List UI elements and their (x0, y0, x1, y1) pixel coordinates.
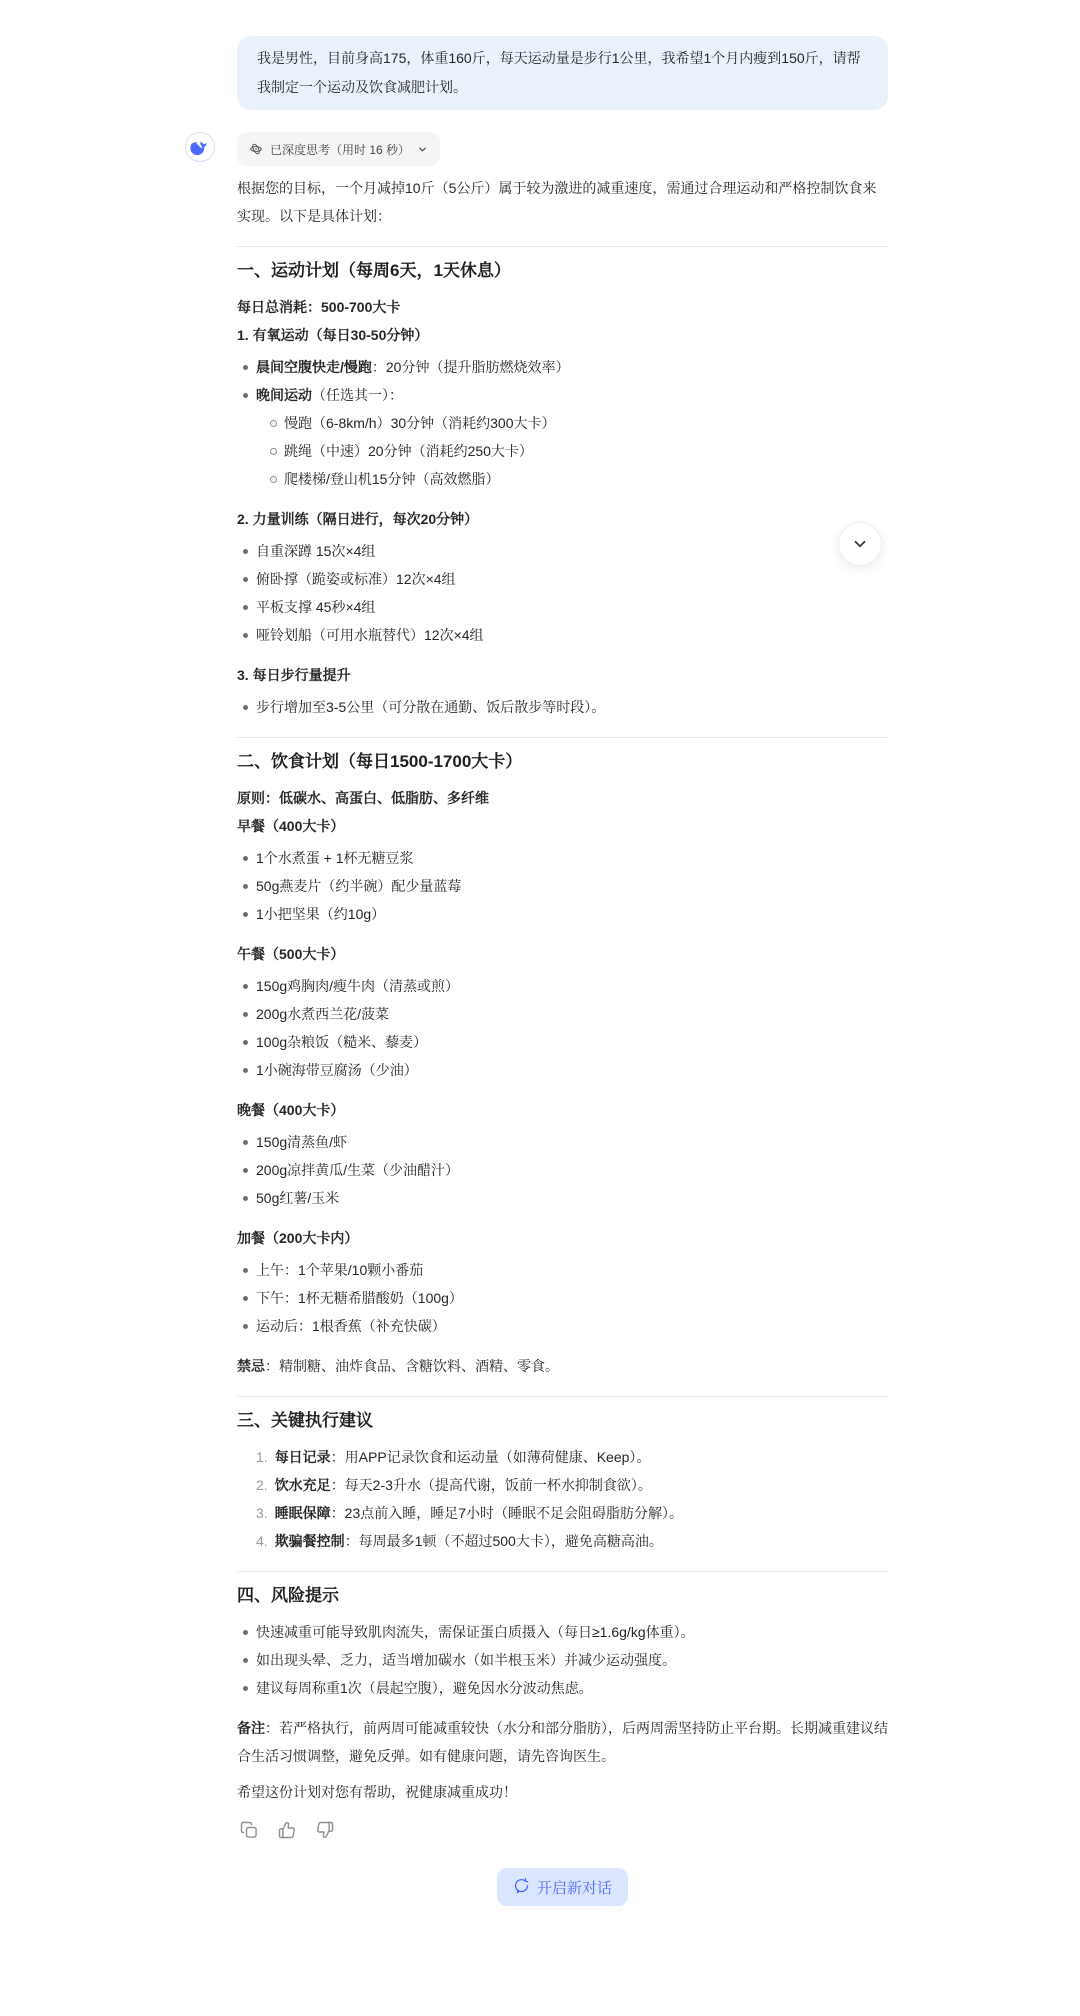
list-item: 100g杂粮饭（糙米、藜麦） (256, 1028, 888, 1056)
divider (237, 246, 888, 247)
breakfast-list: 1个水煮蛋 + 1杯无糖豆浆 50g燕麦片（约半碗）配少量蓝莓 1小把坚果（约1… (237, 844, 888, 928)
strength-title: 2. 力量训练（隔日进行，每次20分钟） (237, 505, 888, 533)
thumbs-down-button[interactable] (313, 1818, 337, 1842)
list-item: 上午：1个苹果/10颗小番茄 (256, 1256, 888, 1284)
section-title-advice: 三、关键执行建议 (237, 1409, 888, 1433)
list-item: 50g红薯/玉米 (256, 1184, 888, 1212)
daily-burn-line: 每日总消耗：500-700大卡 (237, 293, 888, 321)
aerobic-list: 晨间空腹快走/慢跑：20分钟（提升脂肪燃烧效率） 晚间运动（任选其一）： 慢跑（… (237, 353, 888, 493)
advice-list: 1.每日记录：用APP记录饮食和运动量（如薄荷健康、Keep）。 2.饮水充足：… (237, 1443, 888, 1555)
closing-paragraph: 希望这份计划对您有帮助，祝健康减重成功！ (237, 1778, 888, 1806)
scroll-to-bottom-button[interactable] (838, 522, 882, 566)
divider (237, 1396, 888, 1397)
thumbs-down-icon (315, 1820, 335, 1840)
new-chat-label: 开启新对话 (537, 1877, 612, 1898)
copy-button[interactable] (237, 1818, 261, 1842)
deepthink-icon (249, 142, 263, 156)
principle-line: 原则：低碳水、高蛋白、低脂肪、多纤维 (237, 784, 888, 812)
risk-list: 快速减重可能导致肌肉流失，需保证蛋白质摄入（每日≥1.6g/kg体重）。 如出现… (237, 1618, 888, 1702)
list-item: 3.睡眠保障：23点前入睡，睡足7小时（睡眠不足会阻碍脂肪分解）。 (256, 1499, 888, 1527)
evening-options-list: 慢跑（6-8km/h）30分钟（消耗约300大卡） 跳绳（中速）20分钟（消耗约… (256, 409, 888, 493)
new-chat-button[interactable]: 开启新对话 (497, 1868, 628, 1906)
new-chat-row: 开启新对话 (237, 1868, 888, 1906)
deepseek-whale-icon (190, 137, 210, 157)
walk-title: 3. 每日步行量提升 (237, 661, 888, 689)
list-item: 1小把坚果（约10g） (256, 900, 888, 928)
chevron-down-icon (851, 535, 869, 553)
list-item: 运动后：1根香蕉（补充快碳） (256, 1312, 888, 1340)
user-message-text: 我是男性，目前身高175，体重160斤，每天运动量是步行1公里，我希望1个月内瘦… (257, 50, 861, 95)
chevron-down-icon (417, 144, 428, 155)
copy-icon (239, 1820, 259, 1840)
list-item: 晨间空腹快走/慢跑：20分钟（提升脂肪燃烧效率） (256, 353, 888, 381)
dinner-title: 晚餐（400大卡） (237, 1096, 888, 1124)
list-item: 建议每周称重1次（晨起空腹），避免因水分波动焦虑。 (256, 1674, 888, 1702)
list-item: 平板支撑 45秒×4组 (256, 593, 888, 621)
section-title-exercise: 一、运动计划（每周6天，1天休息） (237, 259, 888, 283)
note-paragraph: 备注：若严格执行，前两周可能减重较快（水分和部分脂肪），后两周需坚持防止平台期。… (237, 1714, 888, 1770)
walk-list: 步行增加至3-5公里（可分散在通勤、饭后散步等时段）。 (237, 693, 888, 721)
diet-principle-block: 原则：低碳水、高蛋白、低脂肪、多纤维 早餐（400大卡） (237, 784, 888, 840)
snack-title: 加餐（200大卡内） (237, 1224, 888, 1252)
assistant-response: 根据您的目标，一个月减掉10斤（5公斤）属于较为激进的减重速度，需通过合理运动和… (237, 174, 888, 1842)
chat-thread: 我是男性，目前身高175，体重160斤，每天运动量是步行1公里，我希望1个月内瘦… (237, 0, 888, 1906)
list-item: 自重深蹲 15次×4组 (256, 537, 888, 565)
strength-list: 自重深蹲 15次×4组 俯卧撑（跪姿或标准）12次×4组 平板支撑 45秒×4组… (237, 537, 888, 649)
breakfast-title-line: 早餐（400大卡） (237, 812, 888, 840)
section-title-diet: 二、饮食计划（每日1500-1700大卡） (237, 750, 888, 774)
assistant-message: 已深度思考（用时 16 秒） 根据您的目标，一个月减掉10斤（5公斤）属于较为激… (237, 132, 888, 1842)
list-item: 1小碗海带豆腐汤（少油） (256, 1056, 888, 1084)
list-item: 俯卧撑（跪姿或标准）12次×4组 (256, 565, 888, 593)
list-item: 爬楼梯/登山机15分钟（高效燃脂） (284, 465, 888, 493)
list-item: 如出现头晕、乏力，适当增加碳水（如半根玉米）并减少运动强度。 (256, 1646, 888, 1674)
section-title-risk: 四、风险提示 (237, 1584, 888, 1608)
aerobic-title-line: 1. 有氧运动（每日30-50分钟） (237, 321, 888, 349)
list-item: 跳绳（中速）20分钟（消耗约250大卡） (284, 437, 888, 465)
list-item: 步行增加至3-5公里（可分散在通勤、饭后散步等时段）。 (256, 693, 888, 721)
exercise-summary-block: 每日总消耗：500-700大卡 1. 有氧运动（每日30-50分钟） (237, 293, 888, 349)
divider (237, 1571, 888, 1572)
list-item: 150g鸡胸肉/瘦牛肉（清蒸或煎） (256, 972, 888, 1000)
assistant-avatar (185, 132, 215, 162)
user-message-bubble: 我是男性，目前身高175，体重160斤，每天运动量是步行1公里，我希望1个月内瘦… (237, 36, 888, 110)
forbidden-line: 禁忌：精制糖、油炸食品、含糖饮料、酒精、零食。 (237, 1352, 888, 1380)
dinner-list: 150g清蒸鱼/虾 200g凉拌黄瓜/生菜（少油醋汁） 50g红薯/玉米 (237, 1128, 888, 1212)
list-item: 4.欺骗餐控制：每周最多1顿（不超过500大卡），避免高糖高油。 (256, 1527, 888, 1555)
list-item: 50g燕麦片（约半碗）配少量蓝莓 (256, 872, 888, 900)
list-item: 1.每日记录：用APP记录饮食和运动量（如薄荷健康、Keep）。 (256, 1443, 888, 1471)
list-item: 150g清蒸鱼/虾 (256, 1128, 888, 1156)
thumbs-up-icon (277, 1820, 297, 1840)
lunch-list: 150g鸡胸肉/瘦牛肉（清蒸或煎） 200g水煮西兰花/菠菜 100g杂粮饭（糙… (237, 972, 888, 1084)
deepthink-toggle-button[interactable]: 已深度思考（用时 16 秒） (237, 132, 440, 166)
list-item: 哑铃划船（可用水瓶替代）12次×4组 (256, 621, 888, 649)
divider (237, 737, 888, 738)
lunch-title: 午餐（500大卡） (237, 940, 888, 968)
chat-refresh-icon (513, 1877, 530, 1898)
snack-list: 上午：1个苹果/10颗小番茄 下午：1杯无糖希腊酸奶（100g） 运动后：1根香… (237, 1256, 888, 1340)
message-actions (237, 1818, 888, 1842)
list-item: 200g水煮西兰花/菠菜 (256, 1000, 888, 1028)
list-item: 200g凉拌黄瓜/生菜（少油醋汁） (256, 1156, 888, 1184)
thumbs-up-button[interactable] (275, 1818, 299, 1842)
list-item: 慢跑（6-8km/h）30分钟（消耗约300大卡） (284, 409, 888, 437)
list-item: 2.饮水充足：每天2-3升水（提高代谢，饭前一杯水抑制食欲）。 (256, 1471, 888, 1499)
list-item: 1个水煮蛋 + 1杯无糖豆浆 (256, 844, 888, 872)
list-item: 下午：1杯无糖希腊酸奶（100g） (256, 1284, 888, 1312)
intro-paragraph: 根据您的目标，一个月减掉10斤（5公斤）属于较为激进的减重速度，需通过合理运动和… (237, 174, 888, 230)
list-item: 晚间运动（任选其一）： 慢跑（6-8km/h）30分钟（消耗约300大卡） 跳绳… (256, 381, 888, 493)
deepthink-label: 已深度思考（用时 16 秒） (270, 141, 410, 158)
list-item: 快速减重可能导致肌肉流失，需保证蛋白质摄入（每日≥1.6g/kg体重）。 (256, 1618, 888, 1646)
